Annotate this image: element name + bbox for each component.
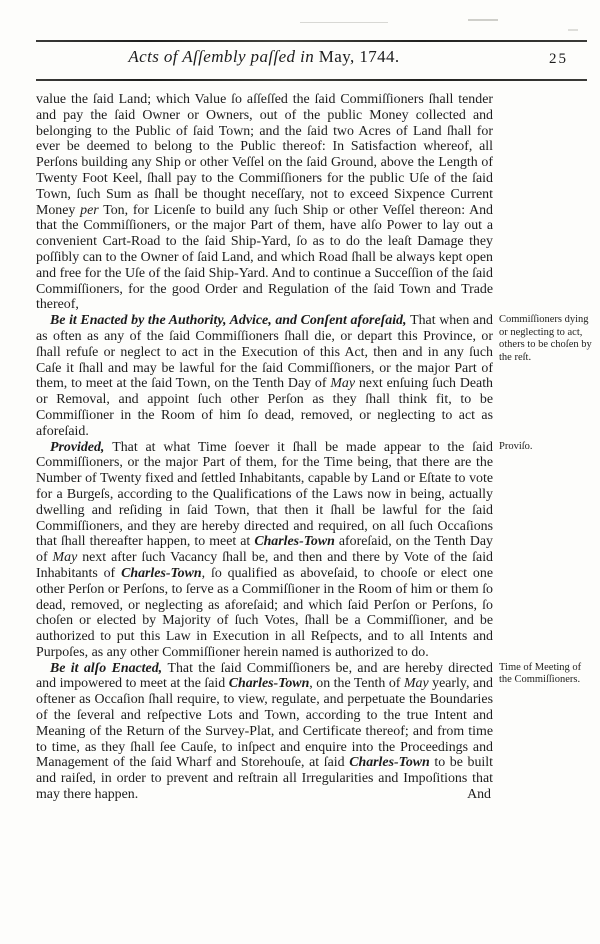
header-title-roman: May, 1744. bbox=[314, 47, 399, 66]
catchword: And bbox=[453, 787, 491, 803]
scan-artifact bbox=[568, 29, 578, 31]
header-rule-bottom bbox=[36, 79, 587, 81]
text-segment: Charles-Town bbox=[121, 566, 202, 581]
scan-artifact bbox=[300, 22, 388, 23]
text-segment: Charles-Town bbox=[229, 676, 310, 691]
text-segment: That at what Time ſoever it ſhall be mad… bbox=[36, 440, 493, 550]
text-segment: May bbox=[53, 550, 78, 565]
running-header: Acts of Aſſembly paſſed in May, 1744. bbox=[36, 47, 492, 67]
text-segment: per bbox=[80, 203, 99, 218]
text-segment: Provided, bbox=[50, 440, 112, 455]
paragraph-4: Be it alſo Enacted, That the ſaid Commiſ… bbox=[36, 661, 493, 803]
paragraph-2: Be it Enacted by the Authority, Advice, … bbox=[36, 313, 493, 439]
page-number: 25 bbox=[549, 51, 568, 68]
margin-note: Commiſſioners dying or neglecting to act… bbox=[499, 314, 592, 364]
margin-note: Time of Meeting of the Commiſſioners. bbox=[499, 662, 592, 687]
text-segment: Be it Enacted by the Authority, Advice, … bbox=[50, 313, 410, 328]
header-title-italic: Acts of Aſſembly paſſed in bbox=[128, 47, 314, 66]
scan-artifact bbox=[468, 19, 498, 21]
header-rule-top bbox=[36, 40, 587, 42]
margin-note: Proviſo. bbox=[499, 441, 592, 454]
document-page: Acts of Aſſembly paſſed in May, 1744. 25… bbox=[0, 0, 600, 944]
text-segment: Charles-Town bbox=[254, 534, 335, 549]
text-segment: Be it alſo Enacted, bbox=[50, 661, 167, 676]
text-segment: Charles-Town bbox=[349, 755, 430, 770]
text-segment: May bbox=[404, 676, 429, 691]
body-text: value the ſaid Land; which Value ſo aſſe… bbox=[36, 92, 493, 803]
text-segment: Ton, for Licenſe to build any ſuch Ship … bbox=[36, 203, 493, 313]
paragraph-3: Provided, That at what Time ſoever it ſh… bbox=[36, 440, 493, 661]
text-segment: , on the Tenth of bbox=[309, 676, 404, 691]
text-segment: value the ſaid Land; which Value ſo aſſe… bbox=[36, 92, 493, 218]
text-segment: May bbox=[330, 376, 355, 391]
paragraph-1: value the ſaid Land; which Value ſo aſſe… bbox=[36, 92, 493, 313]
